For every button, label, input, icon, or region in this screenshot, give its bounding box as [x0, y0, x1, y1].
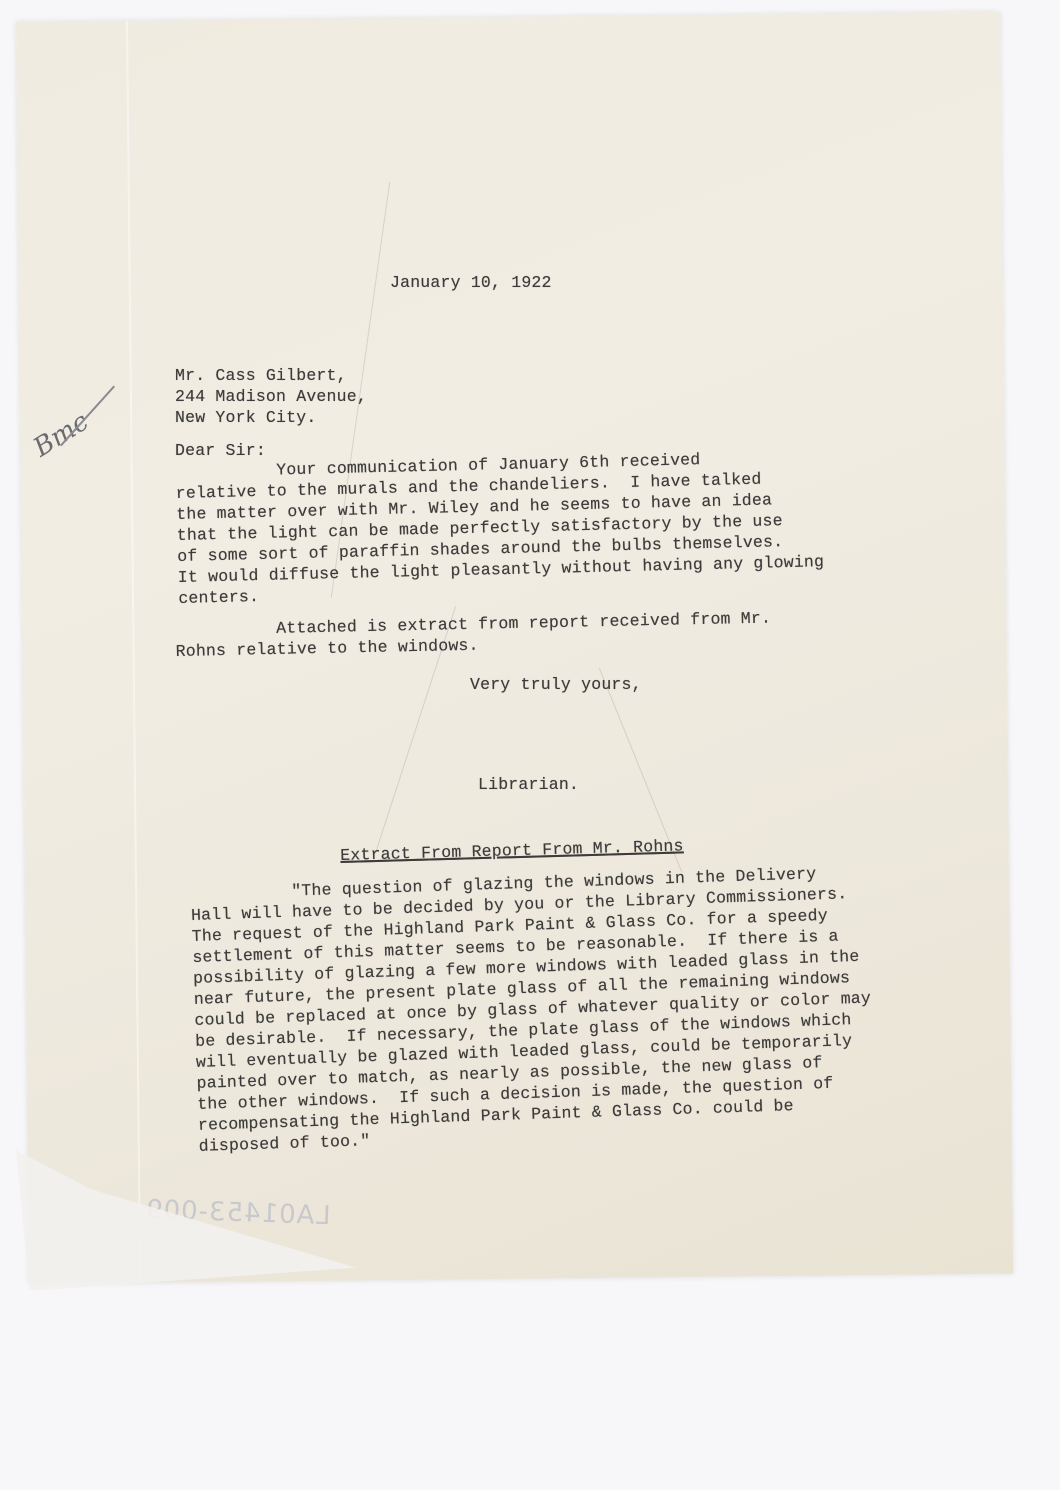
extract-quote: "The question of glazing the windows in …: [190, 862, 875, 1157]
signature-title: Librarian.: [478, 774, 579, 795]
body-paragraph-1: Your communication of January 6th receiv…: [175, 446, 825, 609]
salutation: Dear Sir:: [175, 440, 266, 461]
extract-quote-text: "The question of glazing the windows in …: [190, 864, 871, 1156]
complimentary-closing: Very truly yours,: [470, 674, 642, 695]
recipient-line-3: New York City.: [175, 408, 316, 427]
paper-fold-edge: [126, 21, 141, 1283]
letter-date: January 10, 1922: [390, 272, 552, 293]
recipient-line-2: 244 Madison Avenue,: [175, 387, 367, 406]
body-paragraph-1-text: Your communication of January 6th receiv…: [175, 450, 824, 608]
recipient-address: Mr. Cass Gilbert, 244 Madison Avenue, Ne…: [175, 365, 367, 428]
recipient-line-1: Mr. Cass Gilbert,: [175, 366, 347, 385]
